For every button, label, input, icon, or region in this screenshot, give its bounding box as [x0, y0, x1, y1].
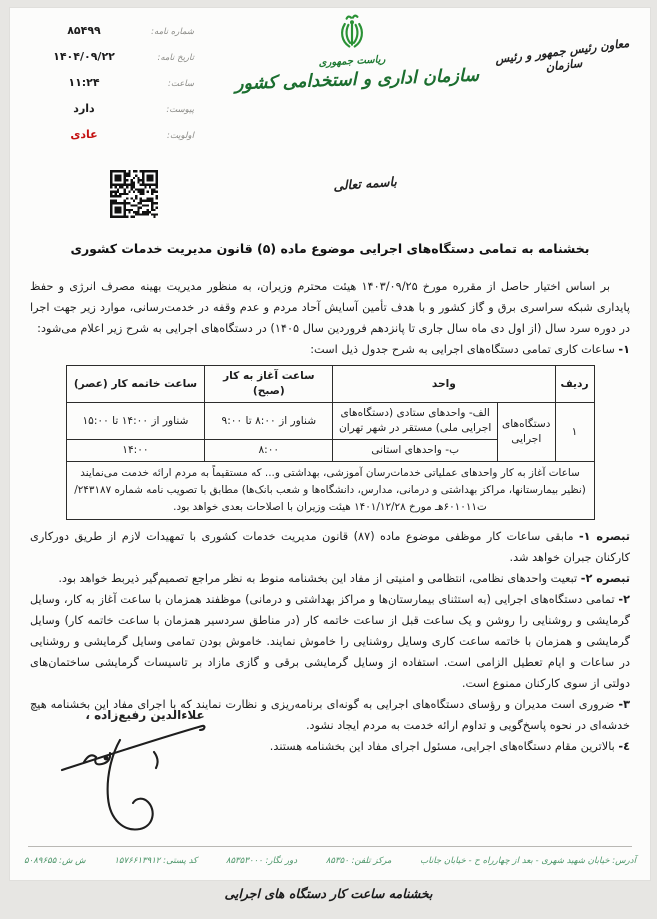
iran-emblem-icon: [334, 12, 370, 54]
cell-group: دستگاه‌های اجرایی: [498, 403, 556, 462]
clause-1-text: ساعات کاری تمامی دستگاه‌های اجرایی به شر…: [310, 343, 618, 356]
footer-phone: مرکز تلفن: ۸۵۳۵۰: [326, 856, 392, 866]
clause-2: ۲- تمامی دستگاه‌های اجرایی (به استثنای ب…: [30, 589, 630, 694]
field-time: ساعت: ۱۱:۲۴: [26, 76, 194, 102]
work-hours-table: ردیف واحد ساعت آغاز به کار (صبح) ساعت خا…: [66, 365, 595, 520]
cell-morning: شناور از ۸:۰۰ تا ۹:۰۰: [205, 403, 333, 440]
footer-fax: دور نگار: ۸۵۳۵۳۰۰۰: [226, 856, 297, 866]
image-caption: بخشنامه ساعت کار دستگاه های اجرایی: [0, 886, 657, 901]
qr-code: [110, 170, 158, 218]
header-unit: واحد: [333, 366, 555, 403]
cell-evening: ۱۴:۰۰: [66, 440, 205, 462]
cell-unit: الف- واحدهای ستادی (دستگاه‌های اجرایی مل…: [333, 403, 498, 440]
footer-address: آدرس: خیابان شهید شهری - بعد از چهارراه …: [420, 856, 636, 866]
field-value: ۸۵۴۹۹: [26, 24, 142, 37]
cell-morning: ۸:۰۰: [205, 440, 333, 462]
field-label: اولویت:: [142, 131, 194, 141]
note-2: تبصره ۲- تبعیت واحدهای نظامی، انتظامی و …: [30, 568, 630, 589]
note-1: تبصره ۱- مابقی ساعات کار موظفی موضوع ماد…: [30, 526, 630, 568]
clause-3-number: ۳-: [618, 698, 630, 711]
clause-4-number: ٤-: [618, 740, 630, 753]
table-footnote-row: ساعات آغاز به کار واحدهای عملیاتی خدمات‌…: [66, 462, 594, 520]
table-footnote: ساعات آغاز به کار واحدهای عملیاتی خدمات‌…: [66, 462, 594, 520]
field-value: ۱۴۰۴/۰۹/۲۲: [26, 50, 142, 63]
header-morning: ساعت آغاز به کار (صبح): [205, 366, 333, 403]
note-1-label: تبصره ۱-: [579, 530, 630, 543]
field-label: تاریخ نامه:: [142, 53, 194, 63]
field-label: پیوست:: [142, 105, 194, 115]
table-header-row: ردیف واحد ساعت آغاز به کار (صبح) ساعت خا…: [66, 366, 594, 403]
cell-unit: ب- واحدهای استانی: [333, 440, 498, 462]
footer-tracking-number: ش ش: ۵۰۸۹۶۵۵: [24, 856, 86, 866]
header-center: ریاست جمهوری: [272, 12, 432, 67]
table-row: ۱ دستگاه‌های اجرایی الف- واحدهای ستادی (…: [66, 403, 594, 440]
field-label: شماره نامه:: [142, 27, 194, 37]
field-priority: اولویت: عادی: [26, 128, 194, 154]
signature-scribble: [50, 718, 220, 858]
screenshot-root: { "header": { "right_title": "معاون رئیس…: [0, 0, 657, 919]
field-value: دارد: [26, 102, 142, 115]
clause-2-number: ۲-: [618, 593, 630, 606]
clause-1: ۱- ساعات کاری تمامی دستگاه‌های اجرایی به…: [30, 339, 630, 360]
clause-2-text: تمامی دستگاه‌های اجرایی (به استثنای بیما…: [30, 593, 630, 690]
priority-value: عادی: [26, 128, 142, 141]
letter-body: بر اساس اختیار حاصل از مقرره مورخ ۱۴۰۳/۰…: [30, 276, 630, 757]
document-title: بخشنامه به تمامی دستگاه‌های اجرایی موضوع…: [40, 241, 620, 256]
note-2-label: تبصره ۲-: [581, 572, 630, 585]
clause-1-number: ۱-: [618, 343, 630, 356]
footer-contact: آدرس: خیابان شهید شهری - بعد از چهارراه …: [24, 856, 636, 866]
field-attachment: پیوست: دارد: [26, 102, 194, 128]
header-rank: ردیف: [555, 366, 594, 403]
clause-4-text: بالاترین مقام دستگاه‌های اجرایی، مسئول ا…: [270, 740, 619, 753]
signer-position-title: معاون رئیس جمهور و رئیس سازمان: [481, 34, 645, 82]
field-value: ۱۱:۲۴: [26, 76, 142, 89]
header-evening: ساعت خاتمه کار (عصر): [66, 366, 205, 403]
field-letter-date: تاریخ نامه: ۱۴۰۴/۰۹/۲۲: [26, 50, 194, 76]
signature-block: علاءالدین رفیع‌زاده ،: [50, 708, 290, 722]
letter-page: شماره نامه: ۸۵۴۹۹ تاریخ نامه: ۱۴۰۴/۰۹/۲۲…: [10, 8, 650, 880]
cell-rank: ۱: [555, 403, 594, 462]
note-1-text: مابقی ساعات کار موظفی موضوع ماده (۸۷) قا…: [30, 530, 630, 564]
intro-paragraph: بر اساس اختیار حاصل از مقرره مورخ ۱۴۰۳/۰…: [30, 276, 630, 339]
organization-name: سازمان اداری و استخدامی کشور: [192, 64, 522, 96]
note-2-text: تبعیت واحدهای نظامی، انتظامی و امنیتی از…: [58, 572, 580, 585]
footer-postal-code: کد پستی: ۱۵۷۶۶۱۳۹۱۲: [114, 856, 197, 866]
field-label: ساعت:: [142, 79, 194, 89]
field-letter-number: شماره نامه: ۸۵۴۹۹: [26, 24, 194, 50]
cell-evening: شناور از ۱۴:۰۰ تا ۱۵:۰۰: [66, 403, 205, 440]
besmele-text: باسمه تعالی: [300, 171, 431, 195]
letterhead-fields: شماره نامه: ۸۵۴۹۹ تاریخ نامه: ۱۴۰۴/۰۹/۲۲…: [26, 24, 194, 154]
footer-divider: [28, 846, 632, 847]
